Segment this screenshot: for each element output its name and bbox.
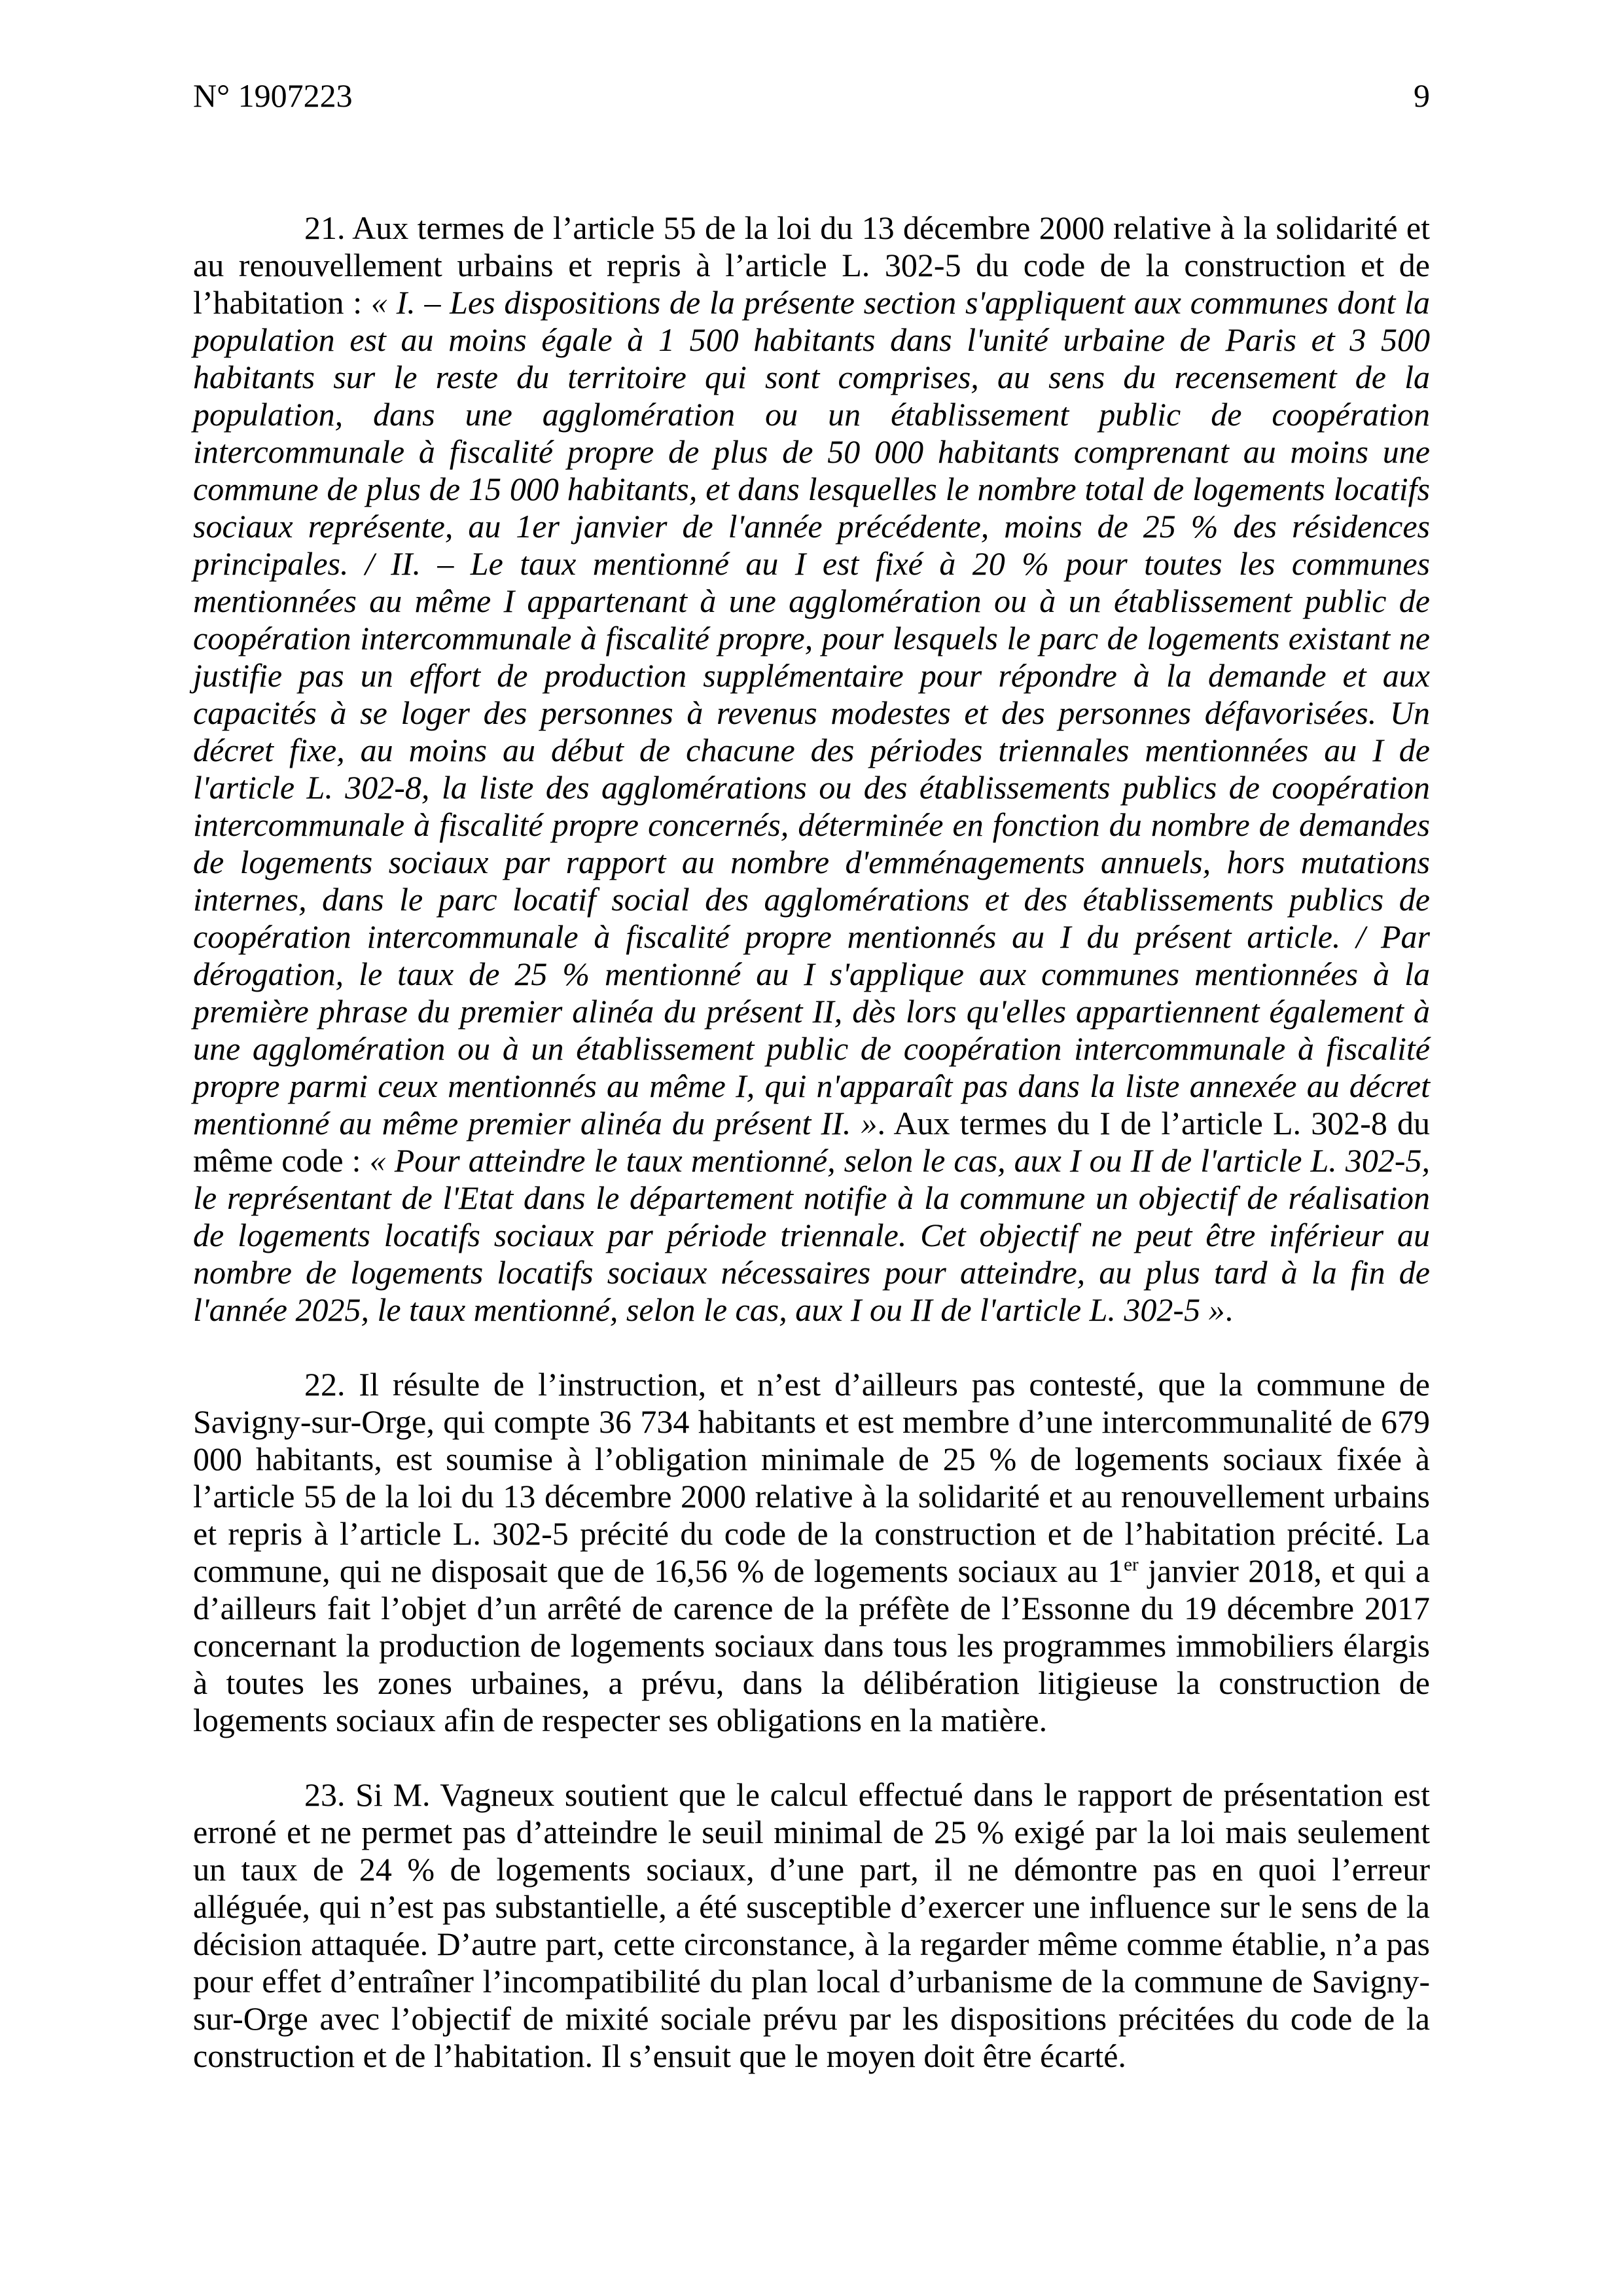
- paragraph-point-22: 22. Il résulte de l’instruction, et n’es…: [193, 1366, 1430, 1739]
- paragraph-point-21: 21. Aux termes de l’article 55 de la loi…: [193, 209, 1430, 1329]
- document-number: N° 1907223: [193, 77, 353, 115]
- document-body: 21. Aux termes de l’article 55 de la loi…: [193, 209, 1430, 2075]
- document-page: N° 1907223 9 21. Aux termes de l’article…: [0, 0, 1623, 2296]
- page-number: 9: [1414, 77, 1430, 115]
- text-segment-italic: « I. – Les dispositions de la présente s…: [193, 284, 1430, 1141]
- text-segment-sup: er: [1124, 1554, 1139, 1575]
- text-segment-italic: « Pour atteindre le taux mentionné, selo…: [193, 1142, 1430, 1328]
- text-segment-roman: 23. Si M. Vagneux soutient que le calcul…: [193, 1776, 1430, 2074]
- paragraph-point-23: 23. Si M. Vagneux soutient que le calcul…: [193, 1776, 1430, 2075]
- page-header: N° 1907223 9: [193, 77, 1430, 115]
- text-segment-roman: .: [1225, 1291, 1234, 1328]
